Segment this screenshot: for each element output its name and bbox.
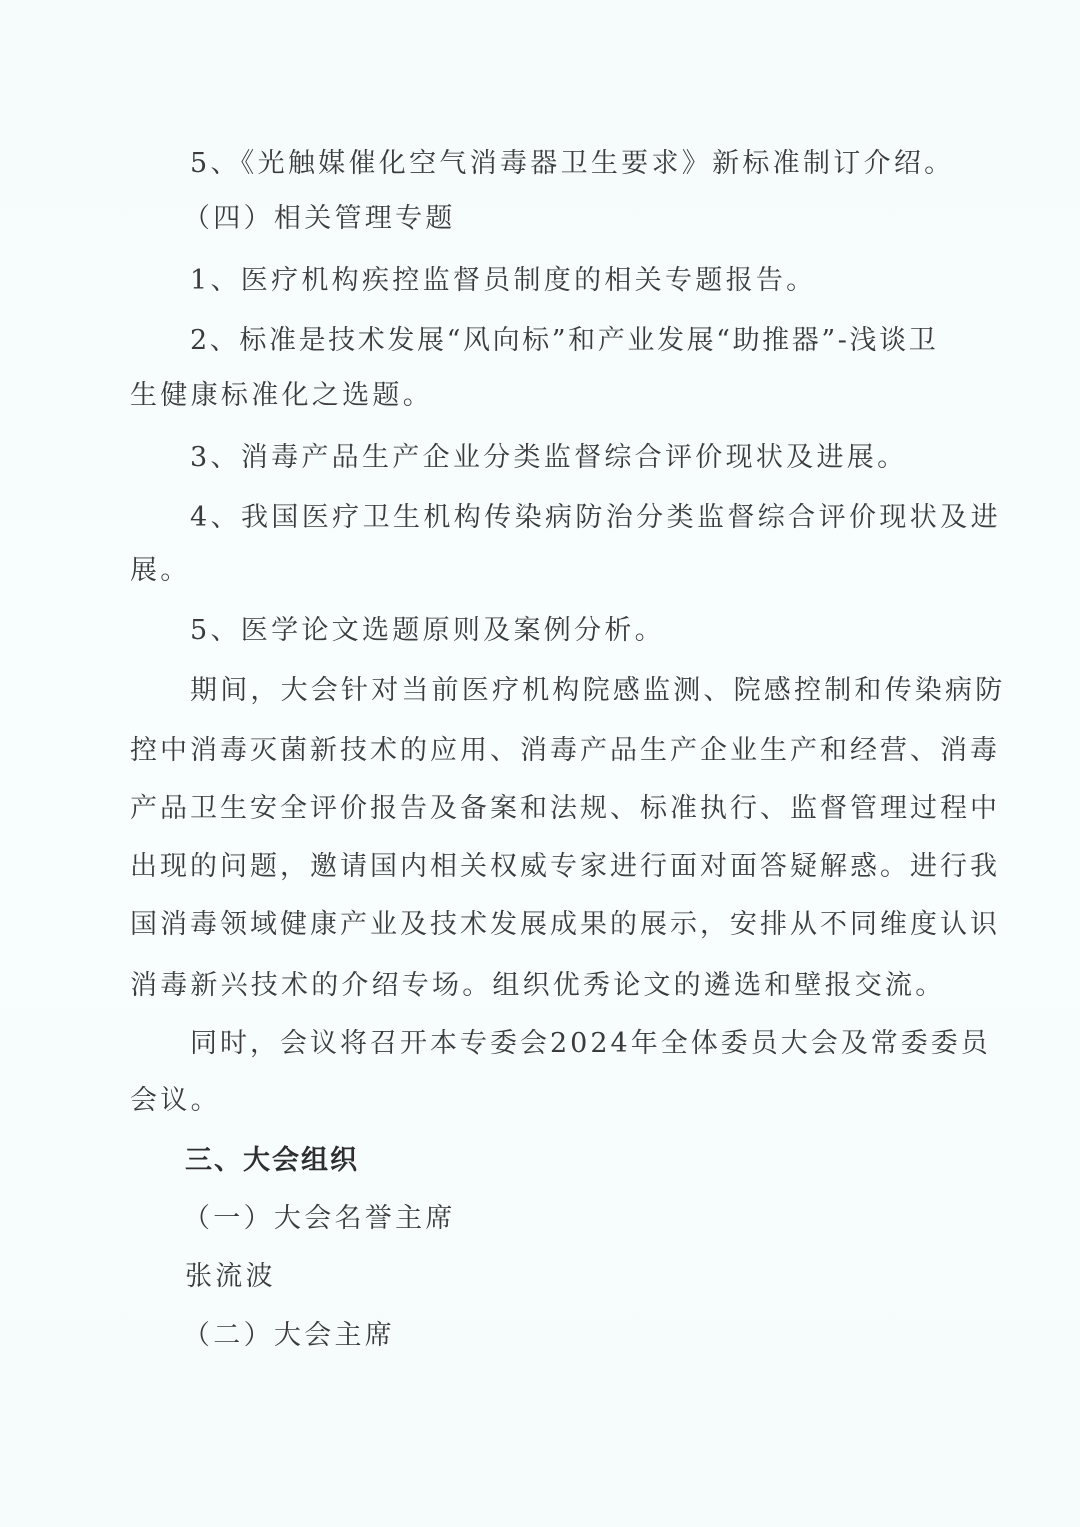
paragraph2-line-2: 会议。 [130,1083,221,1119]
text-line-item5-photocatalyst: 5、《光触媒催化空气消毒器卫生要求》新标准制订介绍。 [190,146,954,182]
paragraph-line-6: 消毒新兴技术的介绍专场。组织优秀论文的遴选和壁报交流。 [130,968,945,1004]
text-line-item4-cont: 展。 [130,553,191,589]
text-line-item1: 1、医疗机构疾控监督员制度的相关专题报告。 [190,263,816,299]
paragraph-line-3: 产品卫生安全评价报告及备案和法规、标准执行、监督管理过程中 [130,791,1000,827]
subsection-management-topics: （四）相关管理专题 [183,201,456,237]
text-line-item2-cont: 生健康标准化之选题。 [130,378,433,414]
paragraph-line-1: 期间，大会针对当前医疗机构院感监测、院感控制和传染病防 [190,673,1005,709]
subsection-chair: （二）大会主席 [183,1318,395,1354]
honorary-chair-name: 张流波 [185,1259,276,1295]
paragraph2-line-1: 同时，会议将召开本专委会2024年全体委员大会及常委委员 [190,1026,991,1062]
document-page: 5、《光触媒催化空气消毒器卫生要求》新标准制订介绍。 （四）相关管理专题 1、医… [0,0,1080,1527]
subsection-honorary-chair: （一）大会名誉主席 [183,1201,456,1237]
section-heading-organization: 三、大会组织 [185,1143,359,1179]
text-line-item4: 4、我国医疗卫生机构传染病防治分类监督综合评价现状及进 [190,500,1001,536]
paragraph-line-2: 控中消毒灭菌新技术的应用、消毒产品生产企业生产和经营、消毒 [130,733,1000,769]
paragraph-line-5: 国消毒领域健康产业及技术发展成果的展示，安排从不同维度认识 [130,907,1000,943]
paragraph-line-4: 出现的问题，邀请国内相关权威专家进行面对面答疑解惑。进行我 [130,849,1000,885]
text-line-item5: 5、医学论文选题原则及案例分析。 [190,613,665,649]
text-line-item2: 2、标准是技术发展“风向标”和产业发展“助推器”-浅谈卫 [190,323,938,359]
text-line-item3: 3、消毒产品生产企业分类监督综合评价现状及进展。 [190,440,907,476]
